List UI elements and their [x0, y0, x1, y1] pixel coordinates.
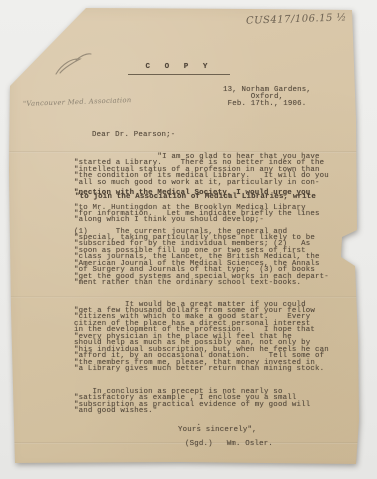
paper-shadow-wrap: CUS417/106.15 ½ "Vancouver Med. Associat…: [0, 0, 377, 479]
paragraph-4: In conclusion as precept is not nearly s…: [74, 389, 310, 415]
letter-paper: CUS417/106.15 ½ "Vancouver Med. Associat…: [0, 0, 377, 479]
paragraph-1-top: "I am so glad to hear that you have "sta…: [74, 154, 329, 186]
closing-line: . Yours sincerely",: [178, 421, 257, 434]
sender-address-block: 13, Norham Gardens, Oxford, Feb. 17th., …: [210, 87, 324, 109]
paragraph-1-bottom: "to Mr. Huntingdon at the Brooklyn Medic…: [74, 205, 320, 224]
pencil-scribble-mark: [50, 50, 98, 82]
paragraph-2: (1) The current journals, the general an…: [74, 229, 329, 287]
torn-edge-shadow: [340, 234, 354, 262]
paragraph-3: It would be a great matter if you could …: [74, 302, 329, 373]
salutation: Dear Dr. Pearson;-: [92, 132, 175, 138]
signature-line: (Sgd.) Wm. Osler.: [185, 441, 273, 447]
copy-heading: C O P Y: [128, 63, 230, 75]
paper-crease-middle: [9, 296, 359, 298]
scanned-letter-page: CUS417/106.15 ½ "Vancouver Med. Associat…: [0, 0, 377, 479]
paragraph-1-overstruck-line-b: "to join the Association of Medical Libr…: [75, 194, 316, 200]
paper-crease-bottom: [9, 442, 359, 444]
